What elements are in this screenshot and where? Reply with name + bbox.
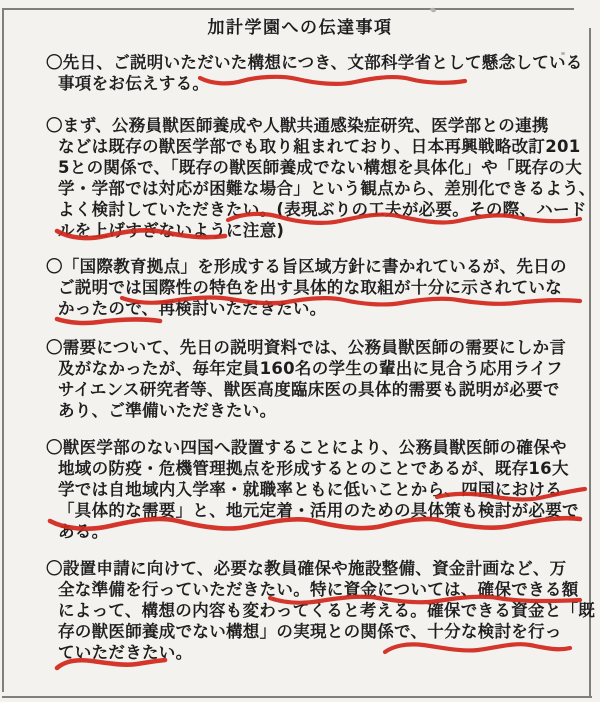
text-line: 〇先日、ご説明いただいた構想につき、文部科学省として懸念している — [46, 52, 581, 73]
text-line: よく検討していただきたい。(表現ぶりの工夫が必要。その際、ハード — [46, 199, 581, 220]
text-line: などは既存の獣医学部でも取り組まれており、日本再興戦略改訂201 — [46, 136, 581, 157]
text-line: かったので、再検討いただきたい。 — [46, 298, 581, 319]
paragraph-4: 〇需要について、先日の説明資料では、公務員獣医師の需要にしか言 及がなかったが、… — [46, 337, 581, 421]
page-border-top — [2, 8, 574, 10]
page-border-left — [2, 8, 4, 692]
text-line: 学・学部では対応が困難な場合」という観点から、差別化できるよう、 — [46, 178, 581, 199]
text-line: ていただきたい。 — [46, 642, 581, 663]
text-line: 〇まず、公務員獣医師養成や人獣共通感染症研究、医学部との連携 — [46, 115, 581, 136]
text-line: 〇「国際教育拠点」を形成する旨区域方針に書かれているが、先日の — [46, 256, 581, 277]
text-line: 〇設置申請に向けて、必要な教員確保や施設整備、資金計画など、万 — [46, 558, 581, 579]
paragraph-2: 〇まず、公務員獣医師養成や人獣共通感染症研究、医学部との連携 などは既存の獣医学… — [46, 115, 581, 241]
paragraph-5: 〇獣医学部のない四国へ設置することにより、公務員獣医師の確保や 地域の防疫・危機… — [46, 437, 581, 542]
text-line: あり、ご準備いただきたい。 — [46, 400, 581, 421]
text-line: 学では自地域内入学率・就職率ともに低いことから、四国における — [46, 479, 581, 500]
text-line: ある。 — [46, 521, 581, 542]
text-line: 「具体的な需要」と、地元定着・活用のための具体策も検討が必要で — [46, 500, 581, 521]
paragraph-3: 〇「国際教育拠点」を形成する旨区域方針に書かれているが、先日の ご説明では国際性… — [46, 256, 581, 319]
scanned-document-page: 加計学園への伝達事項 〇先日、ご説明いただいた構想につき、文部科学省として懸念し… — [0, 0, 600, 702]
text-line: 全な準備を行っていただきたい。特に資金については、確保できる額 — [46, 579, 581, 600]
text-line: ルを上げすぎないように注意) — [46, 220, 581, 241]
text-line: 5との関係で、「既存の獣医師養成でない構想を具体化」や「既存の大 — [46, 157, 581, 178]
paragraph-6: 〇設置申請に向けて、必要な教員確保や施設整備、資金計画など、万 全な準備を行って… — [46, 558, 581, 663]
text-line: 〇獣医学部のない四国へ設置することにより、公務員獣医師の確保や — [46, 437, 581, 458]
text-line: によって、構想の内容も変わってくると考える。確保できる資金と「既 — [46, 600, 581, 621]
text-line: 地域の防疫・危機管理拠点を形成するとのことであるが、既存16大 — [46, 458, 581, 479]
document-title: 加計学園への伝達事項 — [0, 13, 600, 38]
text-line: ご説明では国際性の特色を出す具体的な取組が十分に示されていな — [46, 277, 581, 298]
paragraph-1: 〇先日、ご説明いただいた構想につき、文部科学省として懸念している 事項をお伝えす… — [46, 52, 581, 94]
red-underline-5 — [57, 319, 160, 323]
text-line: 及がなかったが、毎年定員160名の学生の輩出に見合う応用ライフ — [46, 358, 581, 379]
page-border-bottom — [2, 696, 592, 698]
text-line: 事項をお伝えする。 — [46, 73, 581, 94]
page-border-right — [589, 28, 591, 698]
text-line: サイエンス研究者等、獣医高度臨床医の具体的需要も説明が必要で — [46, 379, 581, 400]
text-line: 存の獣医師養成でない構想」の実現との関係で、十分な検討を行っ — [46, 621, 581, 642]
text-line: 〇需要について、先日の説明資料では、公務員獣医師の需要にしか言 — [46, 337, 581, 358]
